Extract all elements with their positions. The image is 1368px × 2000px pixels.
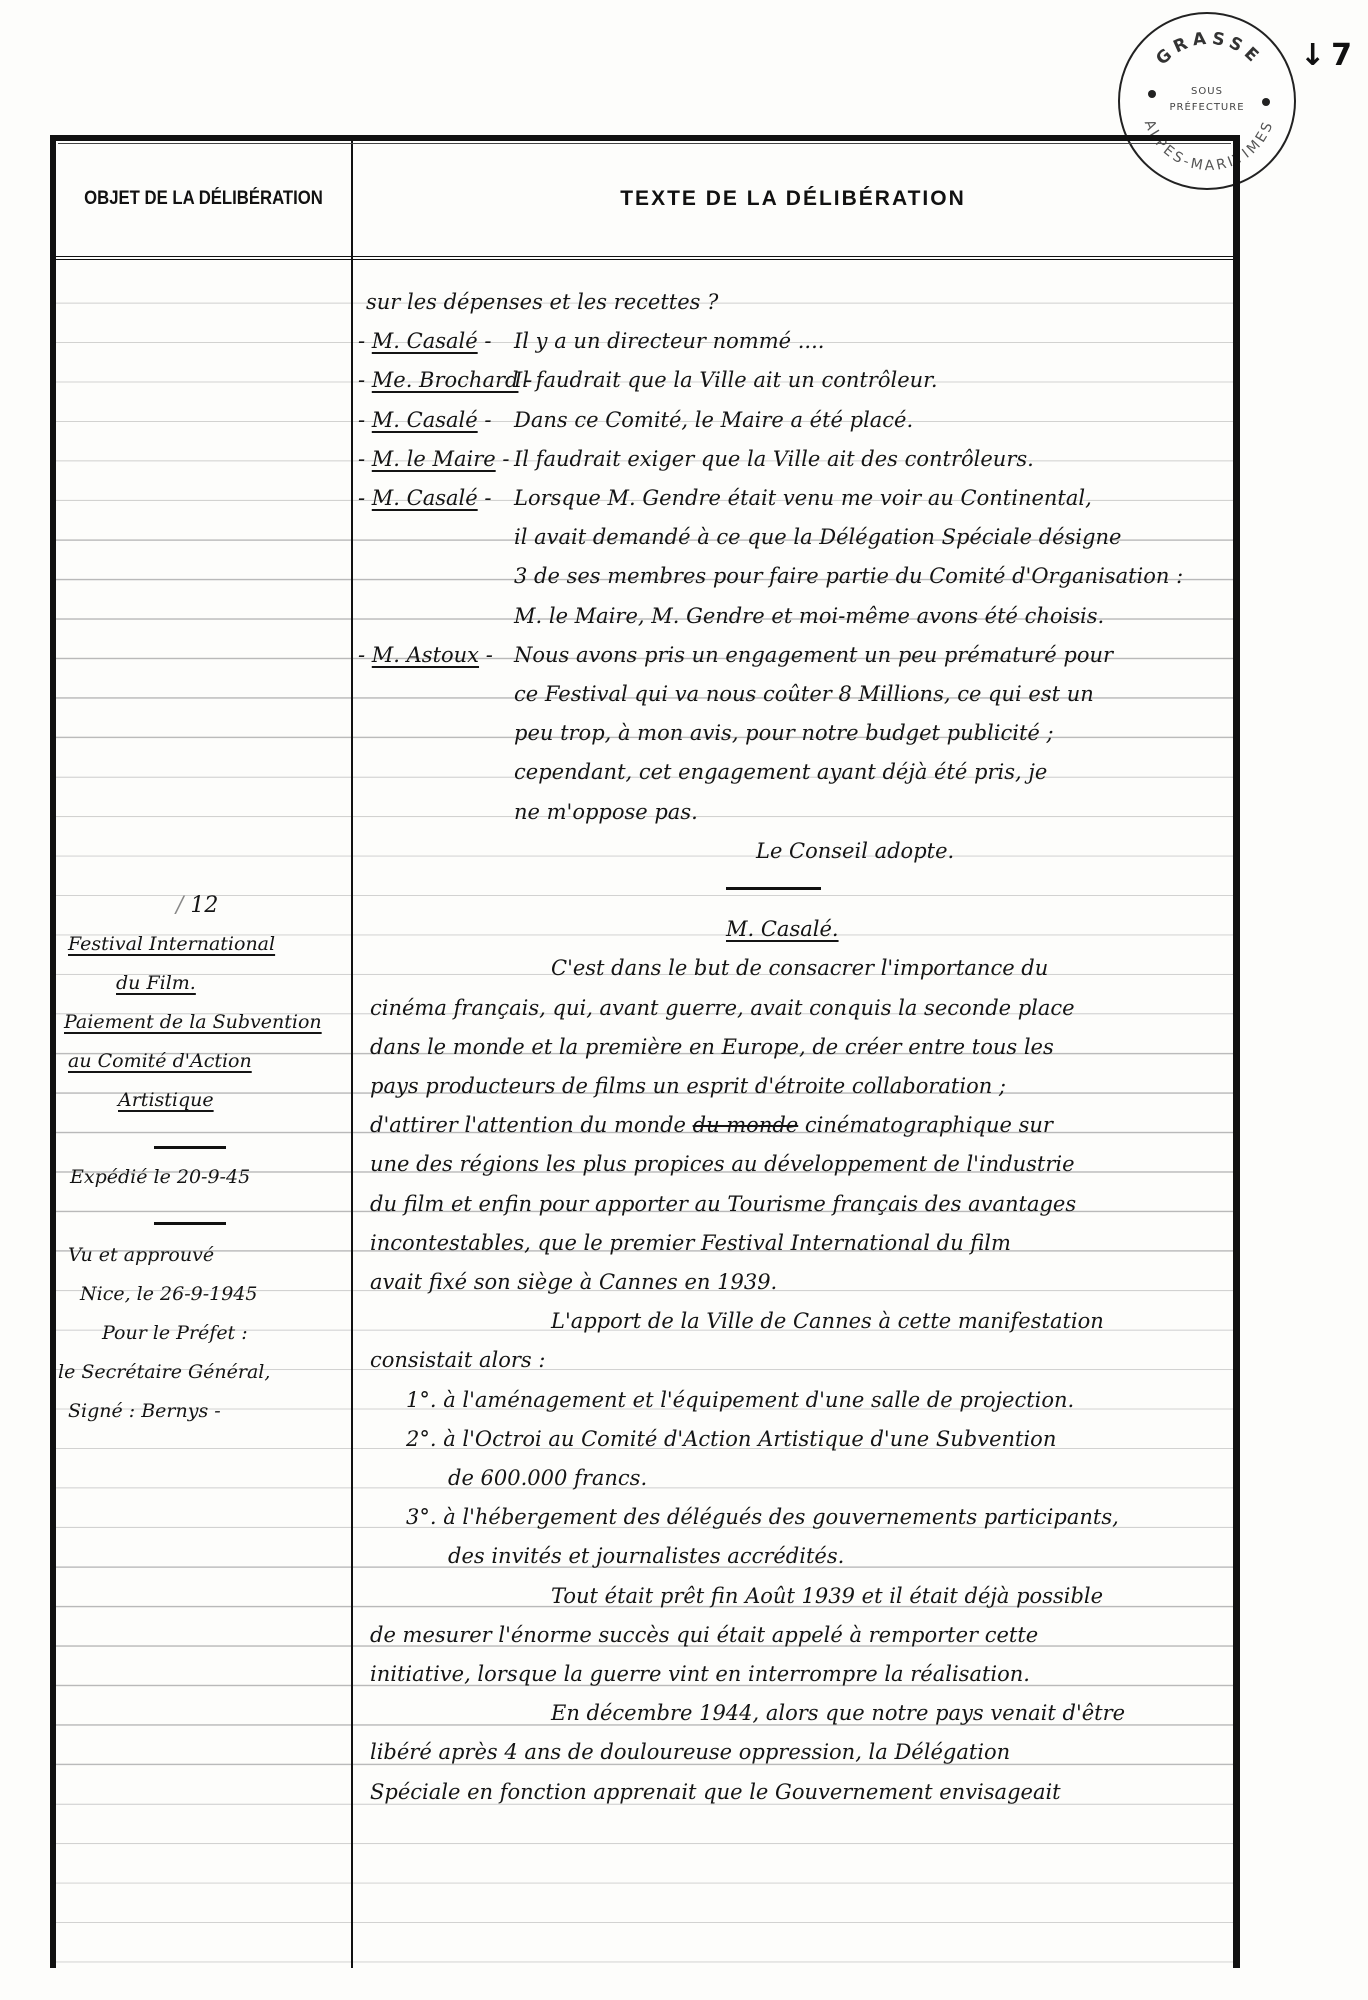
speech-line: cependant, cet engagement ayant déjà été…	[514, 759, 1047, 785]
item-number: / 12	[176, 893, 218, 919]
body-line: avait fixé son siège à Cannes en 1939.	[370, 1269, 777, 1295]
subject-line: Festival International	[68, 931, 275, 957]
section-speaker: M. Casalé.	[726, 916, 839, 942]
body-line: initiative, lorsque la guerre vint en in…	[370, 1661, 1030, 1687]
speaker-dash: -	[479, 643, 493, 667]
subject-line: du Film.	[116, 970, 196, 996]
stamp-line-1: SOUS	[1120, 84, 1294, 100]
resolution-line: Le Conseil adopte.	[756, 838, 954, 864]
folio-number: ↓177	[1300, 38, 1358, 73]
body-line: consistait alors :	[370, 1347, 545, 1373]
body-line: libéré après 4 ans de douloureuse oppres…	[370, 1739, 1010, 1765]
body-line: du film et enfin pour apporter au Touris…	[370, 1191, 1076, 1217]
subject-line: Artistique	[118, 1087, 214, 1113]
body-line: Spéciale en fonction apprenait que le Go…	[370, 1779, 1061, 1805]
body-line: Tout était prêt fin Août 1939 et il étai…	[551, 1583, 1103, 1609]
speaker-name: M. le Maire	[372, 447, 496, 471]
column-divider	[351, 141, 353, 1968]
speech-line: il avait demandé à ce que la Délégation …	[514, 524, 1121, 550]
body-line: d'attirer l'attention du monde du monde …	[370, 1112, 1053, 1138]
body-line: dans le monde et la première en Europe, …	[370, 1034, 1054, 1060]
speaker-label: - Me. Brochard -	[358, 367, 532, 393]
speech-line: Nous avons pris un engagement un peu pré…	[514, 642, 1113, 668]
speech-line: M. le Maire, M. Gendre et moi-même avons…	[514, 603, 1104, 629]
speaker-dash: -	[478, 329, 492, 353]
speech-line: ce Festival qui va nous coûter 8 Million…	[514, 681, 1094, 707]
speaker-dash: -	[496, 447, 510, 471]
approval-line: Pour le Préfet :	[102, 1320, 248, 1346]
header-subject-column: OBJET DE LA DÉLIBÉRATION	[74, 141, 334, 256]
stamp-line-2: PRÉFECTURE	[1120, 100, 1294, 116]
stamp-center-text: SOUS PRÉFECTURE	[1120, 84, 1294, 116]
header-text-column: TEXTE DE LA DÉLIBÉRATION	[353, 141, 1233, 256]
body-line: une des régions les plus propices au dév…	[370, 1151, 1075, 1177]
speaker-label: - M. le Maire -	[358, 446, 509, 472]
section-separator	[726, 887, 821, 890]
dispatch-date: Expédié le 20-9-45	[70, 1164, 250, 1190]
body-line: de 600.000 francs.	[448, 1465, 647, 1491]
speech-line: Il faudrait exiger que la Ville ait des …	[514, 446, 1034, 472]
speech-line: Lorsque M. Gendre était venu me voir au …	[514, 485, 1092, 511]
struck-text: du monde	[693, 1113, 799, 1137]
body-line: 3°. à l'hébergement des délégués des gou…	[406, 1504, 1119, 1530]
speaker-dash: -	[478, 486, 492, 510]
separator-dash	[154, 1146, 226, 1149]
speaker-dash: -	[358, 643, 372, 667]
speaker-dash: -	[358, 486, 372, 510]
deliberation-register: OBJET DE LA DÉLIBÉRATION TEXTE DE LA DÉL…	[50, 135, 1240, 1968]
speaker-name: M. Casalé	[372, 408, 478, 432]
approval-line: Vu et approuvé	[68, 1242, 214, 1268]
body-line: pays producteurs de films un esprit d'ét…	[370, 1073, 1006, 1099]
speech-line: 3 de ses membres pour faire partie du Co…	[514, 563, 1183, 589]
speaker-dash: -	[358, 368, 372, 392]
register-header: OBJET DE LA DÉLIBÉRATION TEXTE DE LA DÉL…	[56, 141, 1233, 260]
speech-line: Il y a un directeur nommé ....	[514, 328, 824, 354]
continuation-line: sur les dépenses et les recettes ?	[366, 289, 718, 315]
subject-line: Paiement de la Subvention	[64, 1009, 322, 1035]
approval-line: le Secrétaire Général,	[58, 1359, 270, 1385]
speaker-name: M. Casalé	[372, 486, 478, 510]
speaker-label: - M. Casalé -	[358, 485, 491, 511]
folio-mark: ↓	[1300, 38, 1331, 73]
folio-digit: 7	[1331, 38, 1358, 73]
speaker-name: M. Casalé	[372, 329, 478, 353]
body-line: de mesurer l'énorme succès qui était app…	[370, 1622, 1038, 1648]
body-line: incontestables, que le premier Festival …	[370, 1230, 1011, 1256]
speaker-dash: -	[358, 408, 372, 432]
speech-line: peu trop, à mon avis, pour notre budget …	[514, 720, 1054, 746]
speaker-name: Me. Brochard	[372, 368, 519, 392]
body-line: cinéma français, qui, avant guerre, avai…	[370, 995, 1075, 1021]
speaker-name: M. Astoux	[372, 643, 479, 667]
subject-line: au Comité d'Action	[68, 1048, 252, 1074]
speaker-dash: -	[358, 447, 372, 471]
speech-line: Dans ce Comité, le Maire a été placé.	[514, 407, 913, 433]
approval-signature: Signé : Bernys -	[68, 1398, 221, 1424]
body-line: des invités et journalistes accrédités.	[448, 1543, 844, 1569]
speaker-label: - M. Casalé -	[358, 407, 491, 433]
speaker-dash: -	[478, 408, 492, 432]
speaker-label: - M. Casalé -	[358, 328, 491, 354]
body-line: 1°. à l'aménagement et l'équipement d'un…	[406, 1387, 1074, 1413]
speaker-label: - M. Astoux -	[358, 642, 493, 668]
speech-line: ne m'oppose pas.	[514, 799, 698, 825]
body-line: En décembre 1944, alors que notre pays v…	[551, 1700, 1125, 1726]
body-line: C'est dans le but de consacrer l'importa…	[551, 955, 1048, 981]
approval-line: Nice, le 26-9-1945	[80, 1281, 258, 1307]
speech-line: Il faudrait que la Ville ait un contrôle…	[514, 367, 938, 393]
body-line: L'apport de la Ville de Cannes à cette m…	[551, 1308, 1104, 1334]
speaker-dash: -	[358, 329, 372, 353]
body-line: 2°. à l'Octroi au Comité d'Action Artist…	[406, 1426, 1056, 1452]
separator-dash	[154, 1222, 226, 1225]
svg-text:GRASSE: GRASSE	[1152, 28, 1265, 69]
